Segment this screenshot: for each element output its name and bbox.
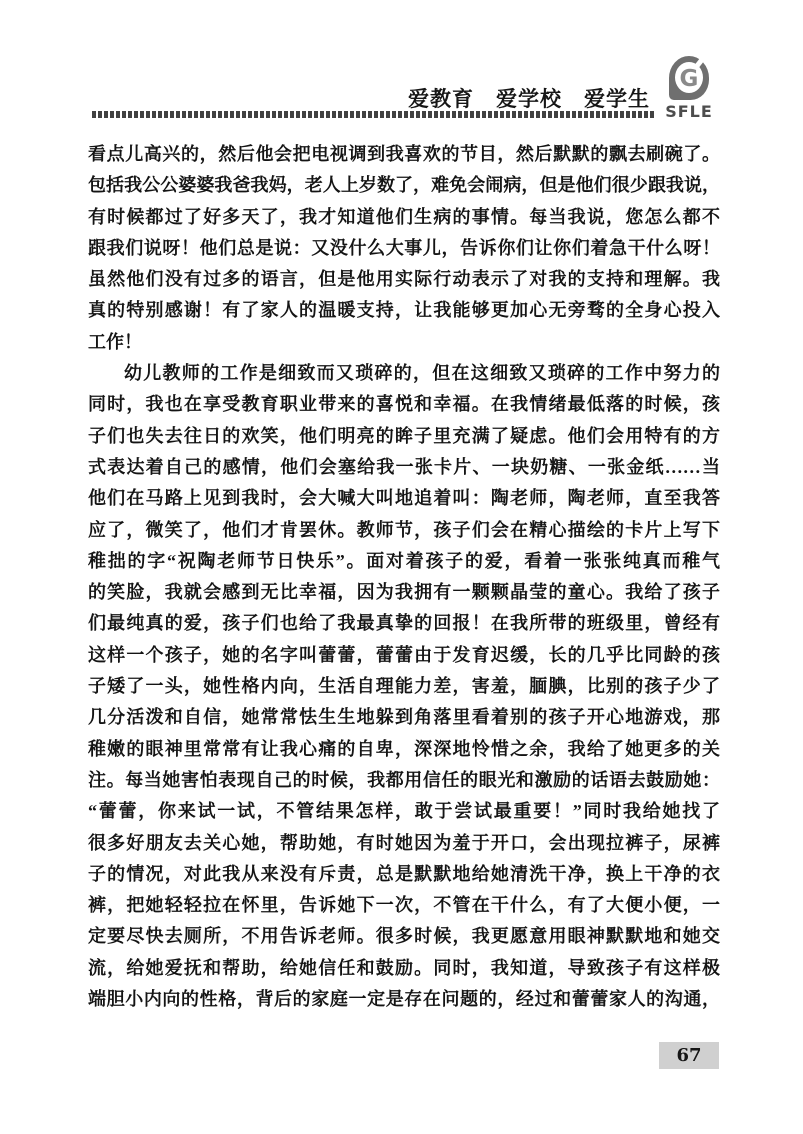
text-line: 这样一个孩子，她的名字叫蕾蕾，蕾蕾由于发育迟缓，长的几乎比同龄的孩 <box>88 640 720 671</box>
header-dashed-rule <box>92 111 655 118</box>
text-line: 注。每当她害怕表现自己的时候，我都用信任的眼光和激励的话语去鼓励她： <box>88 765 720 796</box>
text-line: 子的情况，对此我从来没有斥责，总是默默地给她清洗干净，换上干净的衣 <box>88 859 720 890</box>
text-line: 包括我公公婆婆我爸我妈，老人上岁数了，难免会闹病，但是他们很少跟我说， <box>88 170 720 201</box>
text-line: 几分活泼和自信，她常常怯生生地躲到角落里看着别的孩子开心地游戏，那 <box>88 702 720 733</box>
sfle-logo: G SFLE <box>656 56 722 121</box>
sfle-logo-text: SFLE <box>665 102 713 121</box>
text-line: 的笑脸，我就会感到无比幸福，因为我拥有一颗颗晶莹的童心。我给了孩子 <box>88 577 720 608</box>
page-body: 看点儿高兴的，然后他会把电视调到我喜欢的节目，然后默默的飘去刷碗了。 包括我公公… <box>88 139 720 1015</box>
logo-letter: G <box>669 57 709 101</box>
text-line: 同时，我也在享受教育职业带来的喜悦和幸福。在我情绪最低落的时候，孩 <box>88 389 720 420</box>
page-number-badge: 67 <box>659 1042 719 1069</box>
text-line: 看点儿高兴的，然后他会把电视调到我喜欢的节目，然后默默的飘去刷碗了。 <box>88 139 720 170</box>
sfle-logo-icon: G <box>669 56 709 100</box>
paragraph-2: 幼儿教师的工作是细致而又琐碎的，但在这细致又琐碎的工作中努力的 同时，我也在享受… <box>88 358 720 1015</box>
text-line: 很多好朋友去关心她，帮助她，有时她因为羞于开口，会出现拉裤子，尿裤 <box>88 828 720 859</box>
text-line: 他们在马路上见到我时，会大喊大叫地追着叫：陶老师，陶老师，直至我答 <box>88 483 720 514</box>
text-line: 虽然他们没有过多的语言，但是他用实际行动表示了对我的支持和理解。我 <box>88 264 720 295</box>
text-line: 幼儿教师的工作是细致而又琐碎的，但在这细致又琐碎的工作中努力的 <box>88 358 720 389</box>
text-line: 真的特别感谢！有了家人的温暖支持，让我能够更加心无旁骛的全身心投入 <box>88 295 720 326</box>
text-line: 裤，把她轻轻拉在怀里，告诉她下一次，不管在干什么，有了大便小便，一 <box>88 890 720 921</box>
text-line: 稚嫩的眼神里常常有让我心痛的自卑，深深地怜惜之余，我给了她更多的关 <box>88 734 720 765</box>
text-line: 子矮了一头，她性格内向，生活自理能力差，害羞，腼腆，比别的孩子少了 <box>88 671 720 702</box>
text-line: 工作！ <box>88 327 720 358</box>
header-slogan: 爱教育 爱学校 爱学生 <box>408 83 650 113</box>
text-line: 子们也失去往日的欢笑，他们明亮的眸子里充满了疑虑。他们会用特有的方 <box>88 421 720 452</box>
paragraph-1: 看点儿高兴的，然后他会把电视调到我喜欢的节目，然后默默的飘去刷碗了。 包括我公公… <box>88 139 720 358</box>
text-line: 应了，微笑了，他们才肯罢休。教师节，孩子们会在精心描绘的卡片上写下 <box>88 515 720 546</box>
text-line: 们最纯真的爱，孩子们也给了我最真挚的回报！在我所带的班级里，曾经有 <box>88 608 720 639</box>
text-line: 跟我们说呀！他们总是说：又没什么大事儿，告诉你们让你们着急干什么呀！ <box>88 233 720 264</box>
book-page: 爱教育 爱学校 爱学生 G SFLE 看点儿高兴的，然后他会把电视调到我喜欢的节… <box>0 0 803 1134</box>
text-line: “蕾蕾，你来试一试，不管结果怎样，敢于尝试最重要！”同时我给她找了 <box>88 796 720 827</box>
text-line: 稚拙的字“祝陶老师节日快乐”。面对着孩子的爱，看着一张张纯真而稚气 <box>88 546 720 577</box>
text-line: 定要尽快去厕所，不用告诉老师。很多时候，我更愿意用眼神默默地和她交 <box>88 921 720 952</box>
text-line: 流，给她爱抚和帮助，给她信任和鼓励。同时，我知道，导致孩子有这样极 <box>88 953 720 984</box>
text-line: 端胆小内向的性格，背后的家庭一定是存在问题的，经过和蕾蕾家人的沟通， <box>88 984 720 1015</box>
text-line: 式表达着自己的感情，他们会塞给我一张卡片、一块奶糖、一张金纸……当 <box>88 452 720 483</box>
text-line: 有时候都过了好多天了，我才知道他们生病的事情。每当我说，您怎么都不 <box>88 202 720 233</box>
